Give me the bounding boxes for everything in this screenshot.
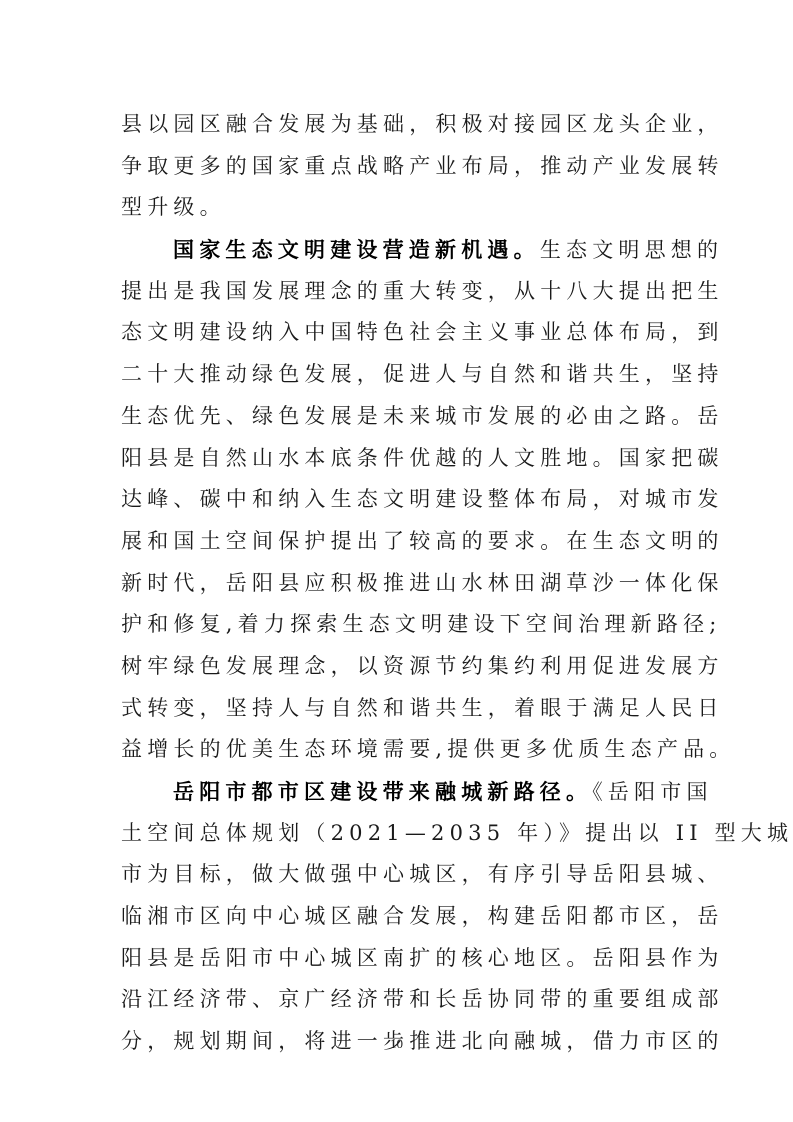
text-line: 态文明建设纳入中国特色社会主义事业总体布局，到 — [121, 312, 681, 354]
text-line: 阳县是岳阳市中心城区南扩的核心地区。岳阳县作为 — [121, 938, 681, 980]
paragraph-ecological-civilization: 国家生态文明建设营造新机遇。生态文明思想的 提出是我国发展理念的重大转变，从十八… — [121, 229, 681, 771]
paragraph-first-line: 岳阳市都市区建设带来融城新路径。《岳阳市国 — [121, 771, 681, 813]
text-line: 土空间总体规划（2021—2035 年）》提出以 II 型大城 — [121, 813, 681, 855]
text-line: 生态优先、绿色发展是未来城市发展的必由之路。岳 — [121, 396, 681, 438]
text-line: 新时代，岳阳县应积极推进山水林田湖草沙一体化保 — [121, 563, 681, 605]
text-run: 生态文明思想的 — [540, 238, 723, 262]
text-line: 沿江经济带、京广经济带和长岳协同带的重要组成部 — [121, 979, 681, 1021]
paragraph-metropolitan-area: 岳阳市都市区建设带来融城新路径。《岳阳市国 土空间总体规划（2021—2035 … — [121, 771, 681, 1063]
text-line: 提出是我国发展理念的重大转变，从十八大提出把生 — [121, 271, 681, 313]
text-line: 争取更多的国家重点战略产业布局，推动产业发展转 — [121, 146, 681, 188]
text-line: 临湘市区向中心城区融合发展，构建岳阳都市区，岳 — [121, 896, 681, 938]
text-line: 二十大推动绿色发展，促进人与自然和谐共生，坚持 — [121, 354, 681, 396]
text-line: 护和修复,着力探索生态文明建设下空间治理新路径; — [121, 604, 681, 646]
paragraph-industry-continued: 县以园区融合发展为基础，积极对接园区龙头企业， 争取更多的国家重点战略产业布局，… — [121, 104, 681, 229]
page-number: 10 — [0, 1036, 793, 1052]
paragraph-heading: 岳阳市都市区建设带来融城新路径。 — [173, 779, 592, 804]
text-line: 益增长的优美生态环境需要,提供更多优质生态产品。 — [121, 729, 681, 771]
text-line: 县以园区融合发展为基础，积极对接园区龙头企业， — [121, 104, 681, 146]
text-line: 树牢绿色发展理念，以资源节约集约利用促进发展方 — [121, 646, 681, 688]
text-line: 型升级。 — [121, 187, 681, 229]
body-text: 县以园区融合发展为基础，积极对接园区龙头企业， 争取更多的国家重点战略产业布局，… — [121, 104, 681, 1063]
text-line: 展和国土空间保护提出了较高的要求。在生态文明的 — [121, 521, 681, 563]
paragraph-heading: 国家生态文明建设营造新机遇。 — [173, 237, 540, 262]
text-line: 式转变，坚持人与自然和谐共生，着眼于满足人民日 — [121, 688, 681, 730]
text-line: 阳县是自然山水本底条件优越的人文胜地。国家把碳 — [121, 438, 681, 480]
text-line: 市为目标，做大做强中心城区，有序引导岳阳县城、 — [121, 854, 681, 896]
text-run: 《岳阳市国 — [592, 780, 713, 804]
document-page: 县以园区融合发展为基础，积极对接园区龙头企业， 争取更多的国家重点战略产业布局，… — [0, 0, 793, 1122]
text-line: 达峰、碳中和纳入生态文明建设整体布局，对城市发 — [121, 479, 681, 521]
paragraph-first-line: 国家生态文明建设营造新机遇。生态文明思想的 — [121, 229, 681, 271]
